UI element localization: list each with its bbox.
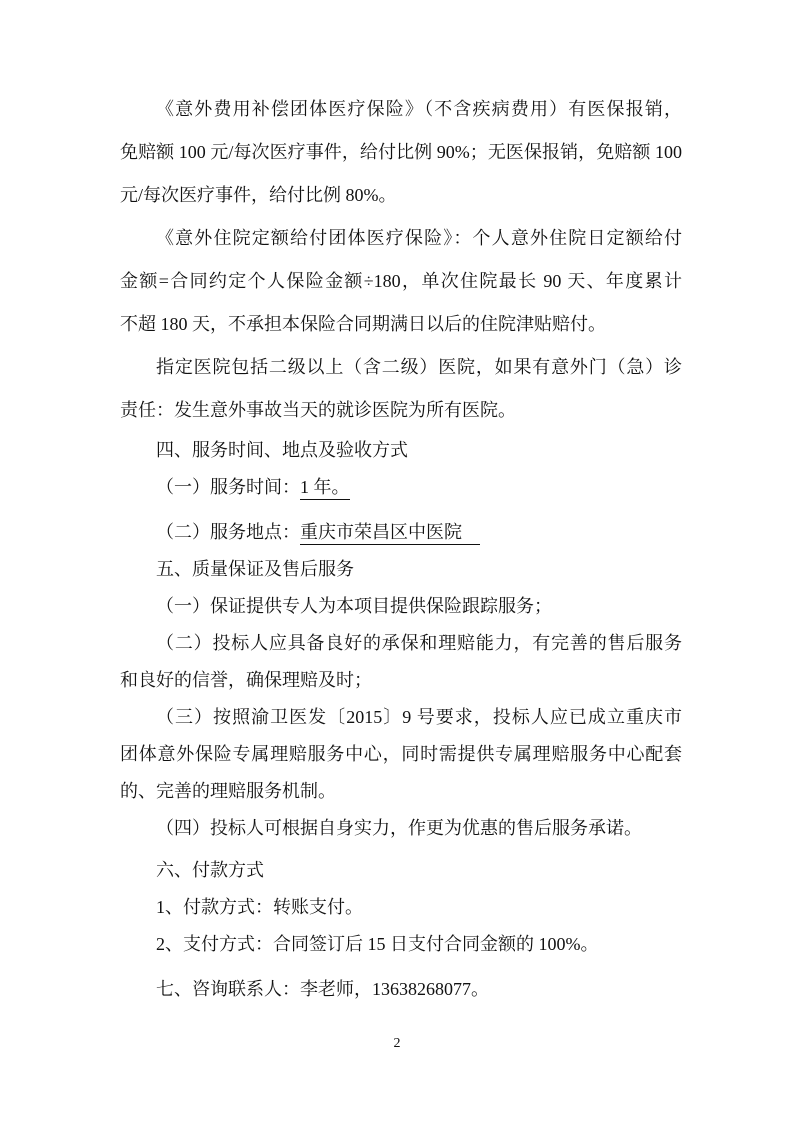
paragraph: 五、质量保证及售后服务	[120, 551, 682, 588]
text-run: （一）服务时间：	[156, 477, 300, 497]
text-run: 1、付款方式：转账支付。	[156, 897, 363, 917]
text-run: 团体意外保险专属理赔服务中心，同时需提供专属理赔服务中心配套	[120, 744, 682, 764]
text-line: 2、支付方式：合同签订后 15 日支付合同金额的 100%。	[120, 926, 682, 963]
text-line: 和良好的信誉，确保理赔及时；	[120, 662, 682, 699]
text-line: 不超 180 天，不承担本保险合同期满日以后的住院津贴赔付。	[120, 303, 682, 346]
text-line: 金额=合同约定个人保险金额÷180，单次住院最长 90 天、年度累计	[120, 260, 682, 303]
document-page: 《意外费用补偿团体医疗保险》（不含疾病费用）有医保报销，免赔额 100 元/每次…	[0, 0, 794, 1122]
paragraph: 指定医院包括二级以上（含二级）医院，如果有意外门（急）诊责任：发生意外事故当天的…	[120, 346, 682, 432]
paragraph: （四）投标人可根据自身实力，作更为优惠的售后服务承诺。	[120, 810, 682, 847]
paragraph: （一）保证提供专人为本项目提供保险跟踪服务；	[120, 588, 682, 625]
paragraph: （二）服务地点：重庆市荣昌区中医院	[120, 514, 682, 551]
underlined-value: 1 年。	[300, 477, 350, 500]
text-line: （二）服务地点：重庆市荣昌区中医院	[120, 514, 682, 551]
text-run: （四）投标人可根据自身实力，作更为优惠的售后服务承诺。	[156, 818, 642, 838]
paragraph: （三）按照渝卫医发〔2015〕9 号要求，投标人应已成立重庆市团体意外保险专属理…	[120, 699, 682, 810]
text-line: （四）投标人可根据自身实力，作更为优惠的售后服务承诺。	[120, 810, 682, 847]
text-line: 七、咨询联系人：李老师，13638268077。	[120, 971, 682, 1008]
text-line: 1、付款方式：转账支付。	[120, 889, 682, 926]
text-line: 元/每次医疗事件，给付比例 80%。	[120, 174, 682, 217]
text-line: （三）按照渝卫医发〔2015〕9 号要求，投标人应已成立重庆市	[120, 699, 682, 736]
paragraph: 2、支付方式：合同签订后 15 日支付合同金额的 100%。	[120, 926, 682, 963]
text-line: （二）投标人应具备良好的承保和理赔能力，有完善的售后服务	[120, 625, 682, 662]
text-line: 五、质量保证及售后服务	[120, 551, 682, 588]
paragraph: 1、付款方式：转账支付。	[120, 889, 682, 926]
text-line: 团体意外保险专属理赔服务中心，同时需提供专属理赔服务中心配套	[120, 736, 682, 773]
paragraph: （二）投标人应具备良好的承保和理赔能力，有完善的售后服务和良好的信誉，确保理赔及…	[120, 625, 682, 699]
paragraph: （一）服务时间：1 年。	[120, 469, 682, 506]
text-line: 《意外费用补偿团体医疗保险》（不含疾病费用）有医保报销，	[120, 88, 682, 131]
text-run: 不超 180 天，不承担本保险合同期满日以后的住院津贴赔付。	[120, 314, 606, 334]
text-run: （三）按照渝卫医发〔2015〕9 号要求，投标人应已成立重庆市	[156, 707, 682, 727]
text-run: 《意外费用补偿团体医疗保险》（不含疾病费用）有医保报销，	[156, 99, 682, 119]
document-body: 《意外费用补偿团体医疗保险》（不含疾病费用）有医保报销，免赔额 100 元/每次…	[120, 88, 682, 1008]
text-run: 责任：发生意外事故当天的就诊医院为所有医院。	[120, 400, 516, 420]
paragraph: 《意外住院定额给付团体医疗保险》：个人意外住院日定额给付金额=合同约定个人保险金…	[120, 217, 682, 346]
text-run: 指定医院包括二级以上（含二级）医院，如果有意外门（急）诊	[156, 357, 682, 377]
text-run: （二）服务地点：	[156, 522, 300, 542]
text-run: 《意外住院定额给付团体医疗保险》：个人意外住院日定额给付	[156, 228, 682, 248]
underlined-value: 重庆市荣昌区中医院	[300, 522, 480, 545]
text-run: 和良好的信誉，确保理赔及时；	[120, 670, 372, 690]
text-run: 七、咨询联系人：李老师，13638268077。	[156, 979, 489, 999]
text-line: （一）服务时间：1 年。	[120, 469, 682, 506]
text-run: 四、服务时间、地点及验收方式	[156, 440, 408, 460]
text-run: 六、付款方式	[156, 860, 264, 880]
text-line: 六、付款方式	[120, 852, 682, 889]
text-run: 金额=合同约定个人保险金额÷180，单次住院最长 90 天、年度累计	[120, 271, 682, 291]
text-run: （二）投标人应具备良好的承保和理赔能力，有完善的售后服务	[156, 633, 682, 653]
text-line: 四、服务时间、地点及验收方式	[120, 432, 682, 469]
paragraph: 七、咨询联系人：李老师，13638268077。	[120, 971, 682, 1008]
text-run: 元/每次医疗事件，给付比例 80%。	[120, 185, 397, 205]
text-run: 五、质量保证及售后服务	[156, 559, 354, 579]
text-run: 免赔额 100 元/每次医疗事件，给付比例 90%；无医保报销，免赔额 100	[120, 142, 682, 162]
text-line: （一）保证提供专人为本项目提供保险跟踪服务；	[120, 588, 682, 625]
text-line: 指定医院包括二级以上（含二级）医院，如果有意外门（急）诊	[120, 346, 682, 389]
text-line: 免赔额 100 元/每次医疗事件，给付比例 90%；无医保报销，免赔额 100	[120, 131, 682, 174]
page-number-footer: 2	[0, 1036, 794, 1052]
text-line: 《意外住院定额给付团体医疗保险》：个人意外住院日定额给付	[120, 217, 682, 260]
text-line: 的、完善的理赔服务机制。	[120, 773, 682, 810]
text-run: 的、完善的理赔服务机制。	[120, 781, 336, 801]
paragraph: 六、付款方式	[120, 852, 682, 889]
text-line: 责任：发生意外事故当天的就诊医院为所有医院。	[120, 389, 682, 432]
text-run: 2、支付方式：合同签订后 15 日支付合同金额的 100%。	[156, 934, 599, 954]
text-run: （一）保证提供专人为本项目提供保险跟踪服务；	[156, 596, 552, 616]
paragraph: 四、服务时间、地点及验收方式	[120, 432, 682, 469]
paragraph: 《意外费用补偿团体医疗保险》（不含疾病费用）有医保报销，免赔额 100 元/每次…	[120, 88, 682, 217]
page-number: 2	[394, 1036, 401, 1051]
